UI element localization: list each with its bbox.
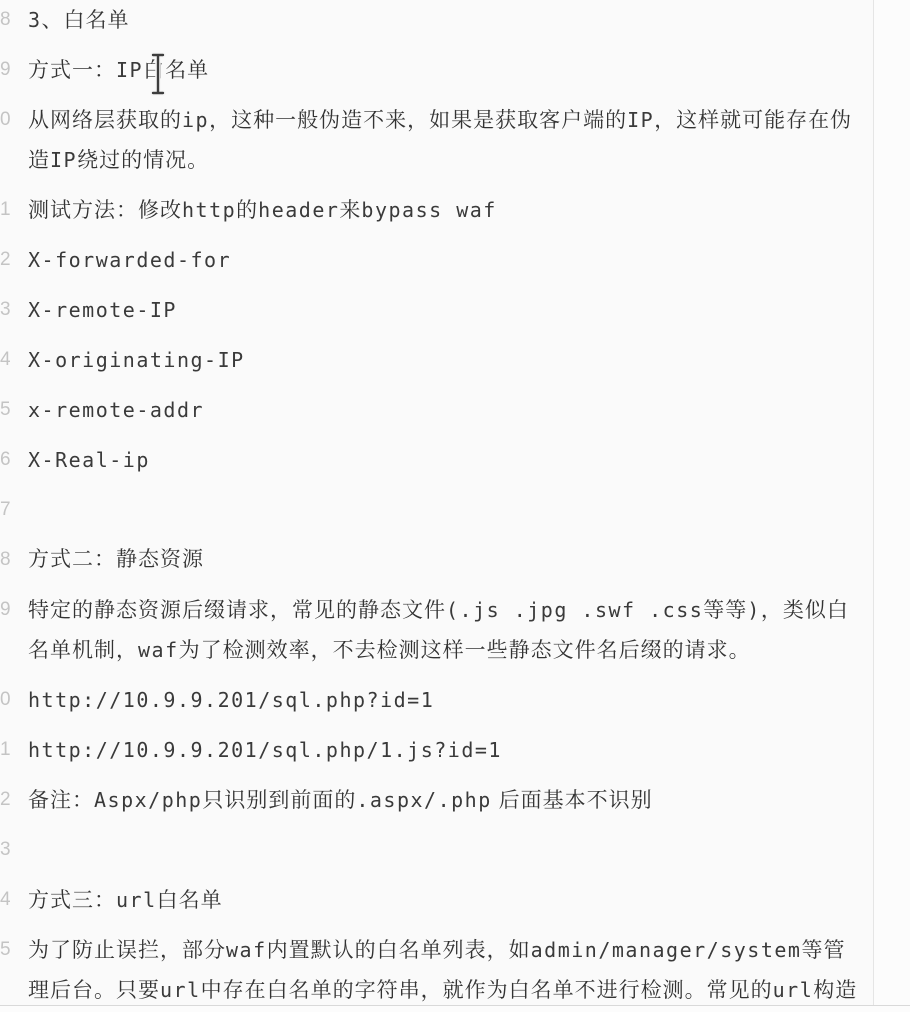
text-line[interactable]: http://10.9.9.201/sql.php/1.js?id=1 — [28, 730, 873, 770]
code-segment: header — [258, 198, 339, 222]
text-line[interactable]: 造IP绕过的情况。 — [28, 140, 873, 180]
text-segment: 白名单 — [143, 59, 209, 82]
text-segment: 绕过的情况。 — [77, 149, 209, 172]
code-segment: x-remote-addr — [28, 398, 204, 422]
editor-content[interactable]: 83、白名单9方式一：IP白名单0从网络层获取的ip，这种一般伪造不来，如果是获… — [0, 0, 873, 1005]
line-row[interactable]: 9特定的静态资源后缀请求，常见的静态文件(.js .jpg .swf .css等… — [0, 590, 873, 670]
code-segment: http://10.9.9.201/sql.php?id=1 — [28, 688, 434, 712]
line-number: 1 — [0, 730, 22, 770]
code-segment: 3 — [28, 8, 42, 32]
code-segment: ip — [182, 108, 209, 132]
code-segment: bypass waf — [361, 198, 496, 222]
code-segment: Aspx/php — [94, 788, 202, 812]
code-segment: (.js .jpg .swf .css — [446, 598, 703, 622]
text-segment: 备注： — [28, 789, 94, 812]
code-segment: url — [116, 888, 157, 912]
text-segment: 等等 — [703, 599, 747, 622]
code-segment: waf — [138, 638, 179, 662]
line-row[interactable]: 3X-remote-IP — [0, 290, 873, 330]
line-number: 4 — [0, 340, 22, 380]
text-segment: 为了防止误拦，部分 — [28, 939, 226, 962]
text-line[interactable]: 为了防止误拦，部分waf内置默认的白名单列表，如admin/manager/sy… — [28, 930, 873, 970]
line-row[interactable]: 3 — [0, 830, 873, 870]
code-segment: http://10.9.9.201/sql.php/1.js?id=1 — [28, 738, 502, 762]
text-segment: 中存在白名单的字符串，就作为白名单不进行检测。常见的 — [201, 979, 773, 1002]
code-segment: X-originating-IP — [28, 348, 245, 372]
text-line[interactable]: 方式二：静态资源 — [28, 540, 873, 580]
text-segment: 从网络层获取的 — [28, 109, 182, 132]
text-segment: 来 — [339, 199, 361, 222]
line-number: 6 — [0, 440, 22, 480]
line-row[interactable]: 6X-Real-ip — [0, 440, 873, 480]
text-segment: 白名单 — [157, 889, 223, 912]
text-line[interactable]: 备注：Aspx/php只识别到前面的.aspx/.php 后面基本不识别 — [28, 780, 873, 820]
code-segment: X-forwarded-for — [28, 248, 231, 272]
bottom-edge-strip — [0, 1006, 910, 1012]
line-number: 7 — [0, 490, 22, 530]
line-number: 5 — [0, 390, 22, 430]
code-segment: url — [773, 978, 814, 1002]
line-row[interactable]: 5为了防止误拦，部分waf内置默认的白名单列表，如admin/manager/s… — [0, 930, 873, 1005]
text-line[interactable] — [28, 490, 873, 530]
code-segment: waf — [226, 938, 267, 962]
code-segment: IP — [627, 108, 654, 132]
code-segment: X-Real-ip — [28, 448, 150, 472]
text-segment: 名单机制， — [28, 639, 138, 662]
line-number: 0 — [0, 100, 22, 140]
code-segment: IP — [50, 148, 77, 172]
text-segment: 方式一： — [28, 59, 116, 82]
code-segment: .aspx/.php — [356, 788, 491, 812]
editor-page: 83、白名单9方式一：IP白名单0从网络层获取的ip，这种一般伪造不来，如果是获… — [0, 0, 910, 1012]
code-segment: ) — [747, 598, 761, 622]
text-line[interactable]: 3、白名单 — [28, 0, 873, 40]
text-segment: ，这种一般伪造不来，如果是获取客户端的 — [209, 109, 627, 132]
text-segment: 方式三： — [28, 889, 116, 912]
text-line[interactable]: 理后台。只要url中存在白名单的字符串，就作为白名单不进行检测。常见的url构造 — [28, 970, 873, 1005]
text-segment: 只识别到前面的 — [202, 789, 356, 812]
text-segment: 的 — [236, 199, 258, 222]
line-row[interactable]: 83、白名单 — [0, 0, 873, 40]
text-segment: 特定的静态资源后缀请求，常见的静态文件 — [28, 599, 446, 622]
line-row[interactable]: 4X-originating-IP — [0, 340, 873, 380]
text-line[interactable]: http://10.9.9.201/sql.php?id=1 — [28, 680, 873, 720]
line-number: 8 — [0, 0, 22, 40]
text-line[interactable]: 方式三：url白名单 — [28, 880, 873, 920]
line-number: 0 — [0, 680, 22, 720]
text-line[interactable]: X-originating-IP — [28, 340, 873, 380]
text-segment: 方式二：静态资源 — [28, 548, 204, 571]
text-line[interactable]: 方式一：IP白名单 — [28, 50, 873, 90]
text-line[interactable]: x-remote-addr — [28, 390, 873, 430]
text-line[interactable]: 名单机制，waf为了检测效率，不去检测这样一些静态文件名后缀的请求。 — [28, 630, 873, 670]
text-segment: 为了检测效率，不去检测这样一些静态文件名后缀的请求。 — [179, 639, 751, 662]
text-segment: 等管 — [801, 939, 845, 962]
text-segment: 后面基本不识别 — [492, 789, 653, 812]
scrollbar-track[interactable] — [874, 0, 910, 1005]
text-line[interactable]: X-Real-ip — [28, 440, 873, 480]
line-row[interactable]: 0从网络层获取的ip，这种一般伪造不来，如果是获取客户端的IP，这样就可能存在伪… — [0, 100, 873, 180]
line-row[interactable]: 5x-remote-addr — [0, 390, 873, 430]
line-row[interactable]: 1测试方法：修改http的header来bypass waf — [0, 190, 873, 230]
text-segment: 、白名单 — [42, 9, 130, 32]
line-number: 2 — [0, 240, 22, 280]
line-row[interactable]: 1http://10.9.9.201/sql.php/1.js?id=1 — [0, 730, 873, 770]
text-segment: ，类似白 — [761, 599, 849, 622]
text-line[interactable]: X-remote-IP — [28, 290, 873, 330]
code-segment: X-remote-IP — [28, 298, 177, 322]
line-row[interactable]: 4方式三：url白名单 — [0, 880, 873, 920]
line-number: 3 — [0, 290, 22, 330]
text-line[interactable] — [28, 830, 873, 870]
line-row[interactable]: 9方式一：IP白名单 — [0, 50, 873, 90]
text-segment: 测试方法：修改 — [28, 199, 182, 222]
code-segment: http — [182, 198, 236, 222]
line-number: 9 — [0, 50, 22, 90]
line-row[interactable]: 0http://10.9.9.201/sql.php?id=1 — [0, 680, 873, 720]
line-number: 5 — [0, 930, 22, 970]
line-number: 4 — [0, 880, 22, 920]
line-number: 2 — [0, 780, 22, 820]
line-number: 8 — [0, 540, 22, 580]
text-segment: 内置默认的白名单列表，如 — [267, 939, 531, 962]
line-row[interactable]: 8方式二：静态资源 — [0, 540, 873, 580]
code-segment: admin/manager/system — [531, 938, 802, 962]
line-number: 1 — [0, 190, 22, 230]
line-number: 9 — [0, 590, 22, 630]
text-segment: ，这样就可能存在伪 — [654, 109, 852, 132]
text-line[interactable]: 从网络层获取的ip，这种一般伪造不来，如果是获取客户端的IP，这样就可能存在伪 — [28, 100, 873, 140]
text-line[interactable]: X-forwarded-for — [28, 240, 873, 280]
line-row[interactable]: 7 — [0, 490, 873, 530]
text-line[interactable]: 测试方法：修改http的header来bypass waf — [28, 190, 873, 230]
line-row[interactable]: 2X-forwarded-for — [0, 240, 873, 280]
line-number: 3 — [0, 830, 22, 870]
line-row[interactable]: 2备注：Aspx/php只识别到前面的.aspx/.php 后面基本不识别 — [0, 780, 873, 820]
code-segment: IP — [116, 58, 143, 82]
text-segment: 构造 — [813, 979, 857, 1002]
text-line[interactable]: 特定的静态资源后缀请求，常见的静态文件(.js .jpg .swf .css等等… — [28, 590, 873, 630]
text-segment: 造 — [28, 149, 50, 172]
code-segment: url — [160, 978, 201, 1002]
text-segment: 理后台。只要 — [28, 979, 160, 1002]
